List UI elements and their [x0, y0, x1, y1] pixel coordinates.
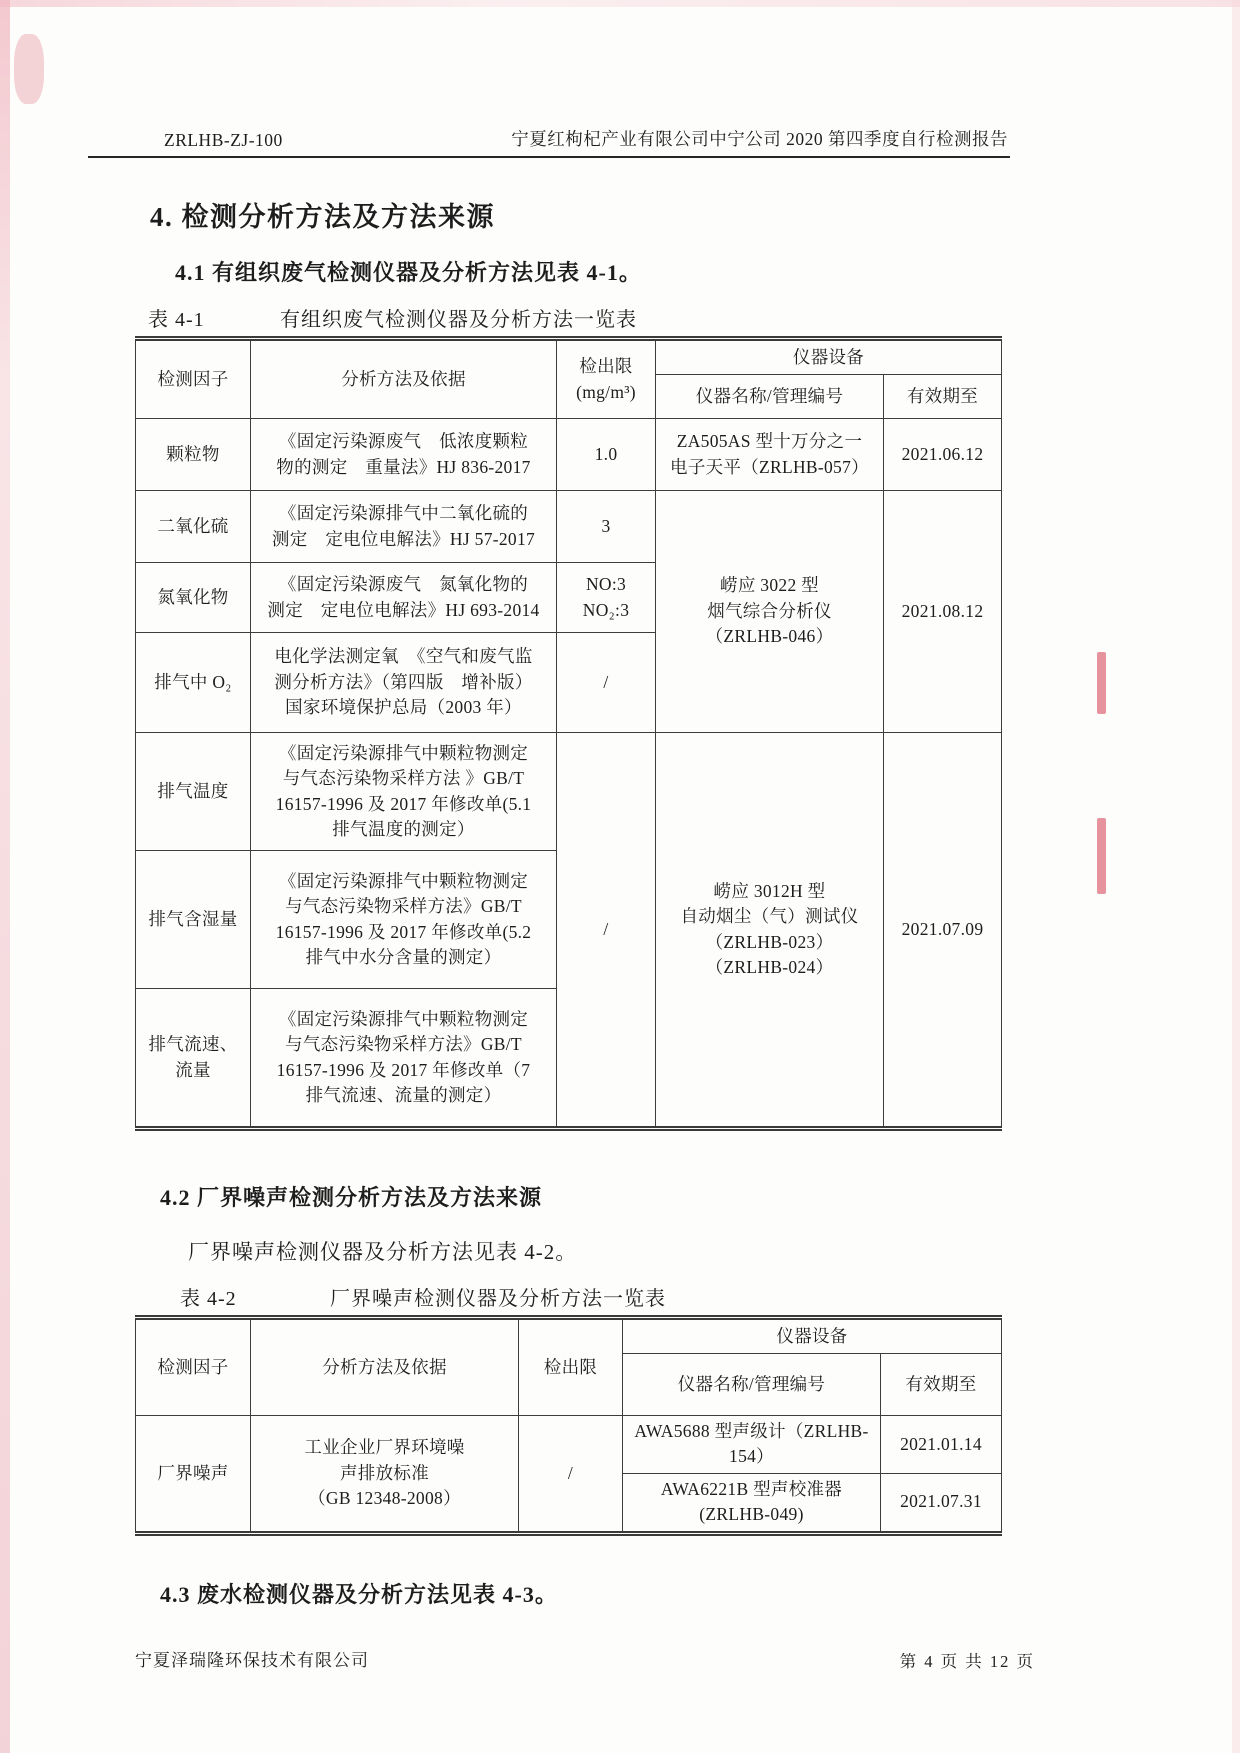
header-expiry: 有效期至: [881, 1354, 1002, 1416]
limit-cell: /: [519, 1416, 623, 1534]
method-cell: 《固定污染源废气 氮氧化物的 测定 定电位电解法》HJ 693-2014: [251, 563, 557, 633]
footer-company: 宁夏泽瑞隆环保技术有限公司: [135, 1646, 369, 1671]
header-equipment: 仪器设备: [656, 339, 1002, 375]
method-cell: 《固定污染源排气中颗粒物测定 与气态污染物采样方法》GB/T 16157-199…: [251, 989, 557, 1129]
limit-cell: 1.0: [557, 419, 656, 491]
factor-cell: 排气流速、 流量: [136, 989, 251, 1129]
document-title: 宁夏红枸杞产业有限公司中宁公司 2020 第四季度自行检测报告: [511, 126, 1008, 151]
method-cell: 《固定污染源废气 低浓度颗粒 物的测定 重量法》HJ 836-2017: [251, 419, 557, 491]
table-4-2-label: 表 4-2: [180, 1282, 237, 1311]
expiry-cell: 2021.07.31: [881, 1473, 1002, 1533]
table-4-2-caption: 表 4-2 厂界噪声检测仪器及分析方法一览表: [135, 1282, 1001, 1311]
header-method: 分析方法及依据: [251, 339, 557, 419]
document-code: ZRLHB-ZJ-100: [164, 130, 283, 151]
table-4-2: 检测因子 分析方法及依据 检出限 仪器设备 仪器名称/管理编号 有效期至 厂界噪…: [135, 1315, 1002, 1536]
section-4-1-heading: 4.1 有组织废气检测仪器及分析方法见表 4-1。: [175, 256, 1240, 287]
table-row: 二氧化硫 《固定污染源排气中二氧化硫的 测定 定电位电解法》HJ 57-2017…: [136, 491, 1002, 563]
factor-cell: 排气中 O₂: [136, 633, 251, 733]
factor-cell: 氮氧化物: [136, 563, 251, 633]
header-factor: 检测因子: [136, 339, 251, 419]
instrument-cell: AWA5688 型声级计（ZRLHB-154）: [623, 1416, 881, 1474]
header-expiry: 有效期至: [884, 375, 1002, 419]
page-header: ZRLHB-ZJ-100 宁夏红枸杞产业有限公司中宁公司 2020 第四季度自行…: [88, 126, 1010, 158]
instrument-cell: 崂应 3022 型 烟气综合分析仪 （ZRLHB-046）: [656, 491, 884, 733]
scan-artifact: [0, 0, 1240, 7]
expiry-cell: 2021.07.09: [884, 733, 1002, 1129]
limit-cell: /: [557, 633, 656, 733]
expiry-cell: 2021.06.12: [884, 419, 1002, 491]
header-factor: 检测因子: [136, 1318, 251, 1416]
factor-cell: 颗粒物: [136, 419, 251, 491]
table-4-1-caption: 表 4-1 有组织废气检测仪器及分析方法一览表: [135, 303, 1001, 332]
table-row: 厂界噪声 工业企业厂界环境噪 声排放标准 （GB 12348-2008） / A…: [136, 1416, 1002, 1474]
table-4-2-title: 厂界噪声检测仪器及分析方法一览表: [330, 1282, 1001, 1311]
section-4-3-heading: 4.3 废水检测仪器及分析方法见表 4-3。: [160, 1578, 1240, 1609]
method-cell: 《固定污染源排气中颗粒物测定 与气态污染物采样方法 》GB/T 16157-19…: [251, 733, 557, 851]
section-4-heading: 4. 检测分析方法及方法来源: [150, 195, 1240, 234]
limit-cell: 3: [557, 491, 656, 563]
section-4-2-note: 厂界噪声检测仪器及分析方法见表 4-2。: [188, 1236, 1240, 1266]
page-body: 4. 检测分析方法及方法来源 4.1 有组织废气检测仪器及分析方法见表 4-1。…: [0, 183, 1240, 1609]
instrument-cell: ZA505AS 型十万分之一 电子天平（ZRLHB-057）: [656, 419, 884, 491]
method-cell: 《固定污染源排气中颗粒物测定 与气态污染物采样方法》GB/T 16157-199…: [251, 851, 557, 989]
method-cell: 电化学法测定氧 《空气和废气监 测分析方法》（第四版 增补版） 国家环境保护总局…: [251, 633, 557, 733]
header-instrument-name: 仪器名称/管理编号: [623, 1354, 881, 1416]
header-limit: 检出限: [519, 1318, 623, 1416]
table-row: 颗粒物 《固定污染源废气 低浓度颗粒 物的测定 重量法》HJ 836-2017 …: [136, 419, 1002, 491]
expiry-cell: 2021.01.14: [881, 1416, 1002, 1474]
table-4-1-label: 表 4-1: [148, 303, 205, 332]
table-4-1-title: 有组织废气检测仪器及分析方法一览表: [280, 303, 1001, 332]
limit-cell: NO:3 NO₂:3: [557, 563, 656, 633]
expiry-cell: 2021.08.12: [884, 491, 1002, 733]
factor-cell: 厂界噪声: [136, 1416, 251, 1534]
header-instrument-name: 仪器名称/管理编号: [656, 375, 884, 419]
instrument-cell: 崂应 3012H 型 自动烟尘（气）测试仪 （ZRLHB-023） （ZRLHB…: [656, 733, 884, 1129]
factor-cell: 排气含湿量: [136, 851, 251, 989]
factor-cell: 二氧化硫: [136, 491, 251, 563]
section-4-2-heading: 4.2 厂界噪声检测分析方法及方法来源: [160, 1181, 1240, 1212]
table-row: 排气温度 《固定污染源排气中颗粒物测定 与气态污染物采样方法 》GB/T 161…: [136, 733, 1002, 851]
limit-cell: /: [557, 733, 656, 1129]
header-limit: 检出限 (mg/m³): [557, 339, 656, 419]
header-equipment: 仪器设备: [623, 1318, 1002, 1354]
table-4-1: 检测因子 分析方法及依据 检出限 (mg/m³) 仪器设备 仪器名称/管理编号 …: [135, 336, 1002, 1131]
method-cell: 《固定污染源排气中二氧化硫的 测定 定电位电解法》HJ 57-2017: [251, 491, 557, 563]
factor-cell: 排气温度: [136, 733, 251, 851]
header-method: 分析方法及依据: [251, 1318, 519, 1416]
scan-artifact: [14, 34, 44, 104]
method-cell: 工业企业厂界环境噪 声排放标准 （GB 12348-2008）: [251, 1416, 519, 1534]
footer-page-number: 第 4 页 共 12 页: [900, 1648, 1035, 1672]
instrument-cell: AWA6221B 型声校准器(ZRLHB-049): [623, 1473, 881, 1533]
